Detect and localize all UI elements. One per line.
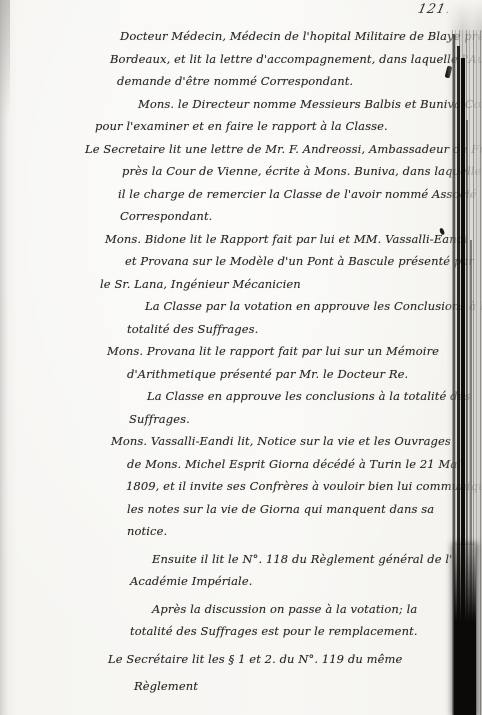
manuscript-line: de Mons. Michel Esprit Giorna décédé à T… [0,453,462,476]
scanned-manuscript-page: 121. Docteur Médecin, Médecin de l'hopit… [0,0,482,715]
manuscript-line: Mons. Provana lit le rapport fait par lu… [0,340,462,363]
manuscript-line: et Provana sur le Modèle d'un Pont à Bas… [0,250,462,273]
manuscript-line: Mons. le Directeur nomme Messieurs Balbi… [0,93,462,116]
manuscript-text: Docteur Médecin, Médecin de l'hopital Mi… [0,25,462,698]
manuscript-line: les notes sur la vie de Giorna qui manqu… [0,498,462,521]
manuscript-line: totalité des Suffrages est pour le rempl… [0,620,462,643]
binding-top-light [446,0,482,34]
manuscript-line: pour l'examiner et en faire le rapport à… [0,115,462,138]
manuscript-line: notice. [0,520,462,543]
binding-bottom-dark [454,545,476,715]
manuscript-line: Académie Impériale. [0,570,462,593]
manuscript-line: Suffrages. [0,408,462,431]
manuscript-line: Le Secrétaire lit les § 1 et 2. du N°. 1… [0,648,462,671]
manuscript-line: Ensuite il lit le N°. 118 du Règlement g… [0,548,462,571]
manuscript-line: près la Cour de Vienne, écrite à Mons. B… [0,160,462,183]
manuscript-line: Après la discussion on passe à la votati… [0,598,462,621]
manuscript-line: d'Arithmetique présenté par Mr. le Docte… [0,363,462,386]
manuscript-line: Correspondant. [0,205,462,228]
manuscript-line: le Sr. Lana, Ingénieur Mécanicien [0,273,462,296]
manuscript-line: La Classe par la votation en approuve le… [0,295,462,318]
manuscript-line: totalité des Suffrages. [0,318,462,341]
manuscript-line: 1809, et il invite ses Confrères à voulo… [0,475,462,498]
manuscript-line: Règlement [0,675,462,698]
manuscript-line: Mons. Vassalli-Eandi lit, Notice sur la … [0,430,462,453]
book-binding-shadow [446,0,482,715]
manuscript-line: Mons. Bidone lit le Rapport fait par lui… [0,228,462,251]
manuscript-line: Le Secretaire lit une lettre de Mr. F. A… [0,138,462,161]
manuscript-line: il le charge de remercier la Classe de l… [0,183,462,206]
manuscript-line: Docteur Médecin, Médecin de l'hopital Mi… [0,25,462,48]
manuscript-line: La Classe en approuve les conclusions à … [0,385,462,408]
manuscript-line: Bordeaux, et lit la lettre d'accompagnem… [0,48,462,71]
manuscript-line: demande d'être nommé Correspondant. [0,70,462,93]
